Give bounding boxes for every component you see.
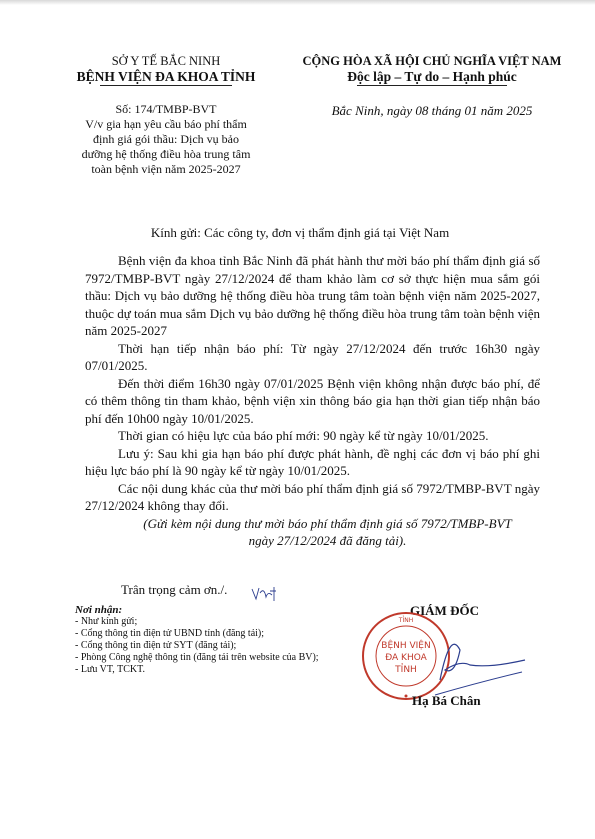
paragraph: Lưu ý: Sau khi gia hạn báo phí được phát… [85,445,540,480]
recipient-item: - Cổng thông tin điện tử UBND tỉnh (đăng… [75,628,319,640]
paragraph: Bệnh viện đa khoa tỉnh Bắc Ninh đã phát … [85,252,540,340]
subject-line: toàn bệnh viện năm 2025-2027 [60,162,272,177]
subject-line: dưỡng hệ thống điều hòa trung tâm [60,147,272,162]
stamp-line: ĐA KHOA [385,653,427,663]
document-meta: Số: 174/TMBP-BVT V/v gia hạn yêu cầu báo… [60,102,272,177]
stamp-line: BỆNH VIỆN [381,639,430,651]
place-date: Bắc Ninh, ngày 08 tháng 01 năm 2025 [282,103,582,119]
header-left-underline [100,85,232,86]
recipient-item: - Lưu VT, TCKT. [75,664,319,676]
attachment-note: (Gửi kèm nội dung thư mời báo phí thẩm đ… [85,515,540,550]
recipient-item: - Phòng Công nghệ thông tin (đăng tải tr… [75,652,319,664]
greeting: Kính gửi: Các công ty, đơn vị thẩm định … [60,225,540,241]
letter-body: Bệnh viện đa khoa tỉnh Bắc Ninh đã phát … [85,252,540,550]
closing: Trân trọng cảm ơn./. [121,582,227,598]
doc-number: Số: 174/TMBP-BVT [60,102,272,117]
attachment-note-line: ngày 27/12/2024 đã đăng tải). [115,532,540,550]
motto: Độc lập – Tự do – Hạnh phúc [282,69,582,84]
attachment-note-line: (Gửi kèm nội dung thư mời báo phí thẩm đ… [115,515,540,533]
department: SỞ Y TẾ BẮC NINH [60,54,272,69]
stamp-line: TỈNH [394,663,417,675]
nation-title: CỘNG HÒA XÃ HỘI CHỦ NGHĨA VIỆT NAM [282,54,582,69]
motto-underline [357,85,507,86]
handwritten-signature-icon [430,620,530,700]
recipients: Nơi nhận: - Như kính gửi; - Cổng thông t… [75,604,319,676]
paragraph: Thời gian có hiệu lực của báo phí mới: 9… [85,427,540,445]
paragraph: Thời hạn tiếp nhận báo phí: Từ ngày 27/1… [85,340,540,375]
signer-name: Hạ Bá Chân [412,693,481,709]
header-right: CỘNG HÒA XÃ HỘI CHỦ NGHĨA VIỆT NAM Độc l… [282,54,582,86]
initials-signature-icon [250,585,280,603]
header-left: SỞ Y TẾ BẮC NINH BỆNH VIỆN ĐA KHOA TỈNH [60,54,272,86]
recipient-item: - Cổng thông tin điện tử SYT (đăng tải); [75,640,319,652]
page-top-shadow [0,0,595,5]
paragraph: Đến thời điểm 16h30 ngày 07/01/2025 Bệnh… [85,375,540,428]
subject-line: định giá gói thầu: Dịch vụ bảo [60,132,272,147]
recipient-item: - Như kính gửi; [75,616,319,628]
paragraph: Các nội dung khác của thư mời báo phí th… [85,480,540,515]
recipients-title: Nơi nhận: [75,604,319,616]
svg-text:TỈNH: TỈNH [398,616,413,624]
subject-line: V/v gia hạn yêu cầu báo phí thẩm [60,117,272,132]
organization: BỆNH VIỆN ĐA KHOA TỈNH [60,69,272,84]
